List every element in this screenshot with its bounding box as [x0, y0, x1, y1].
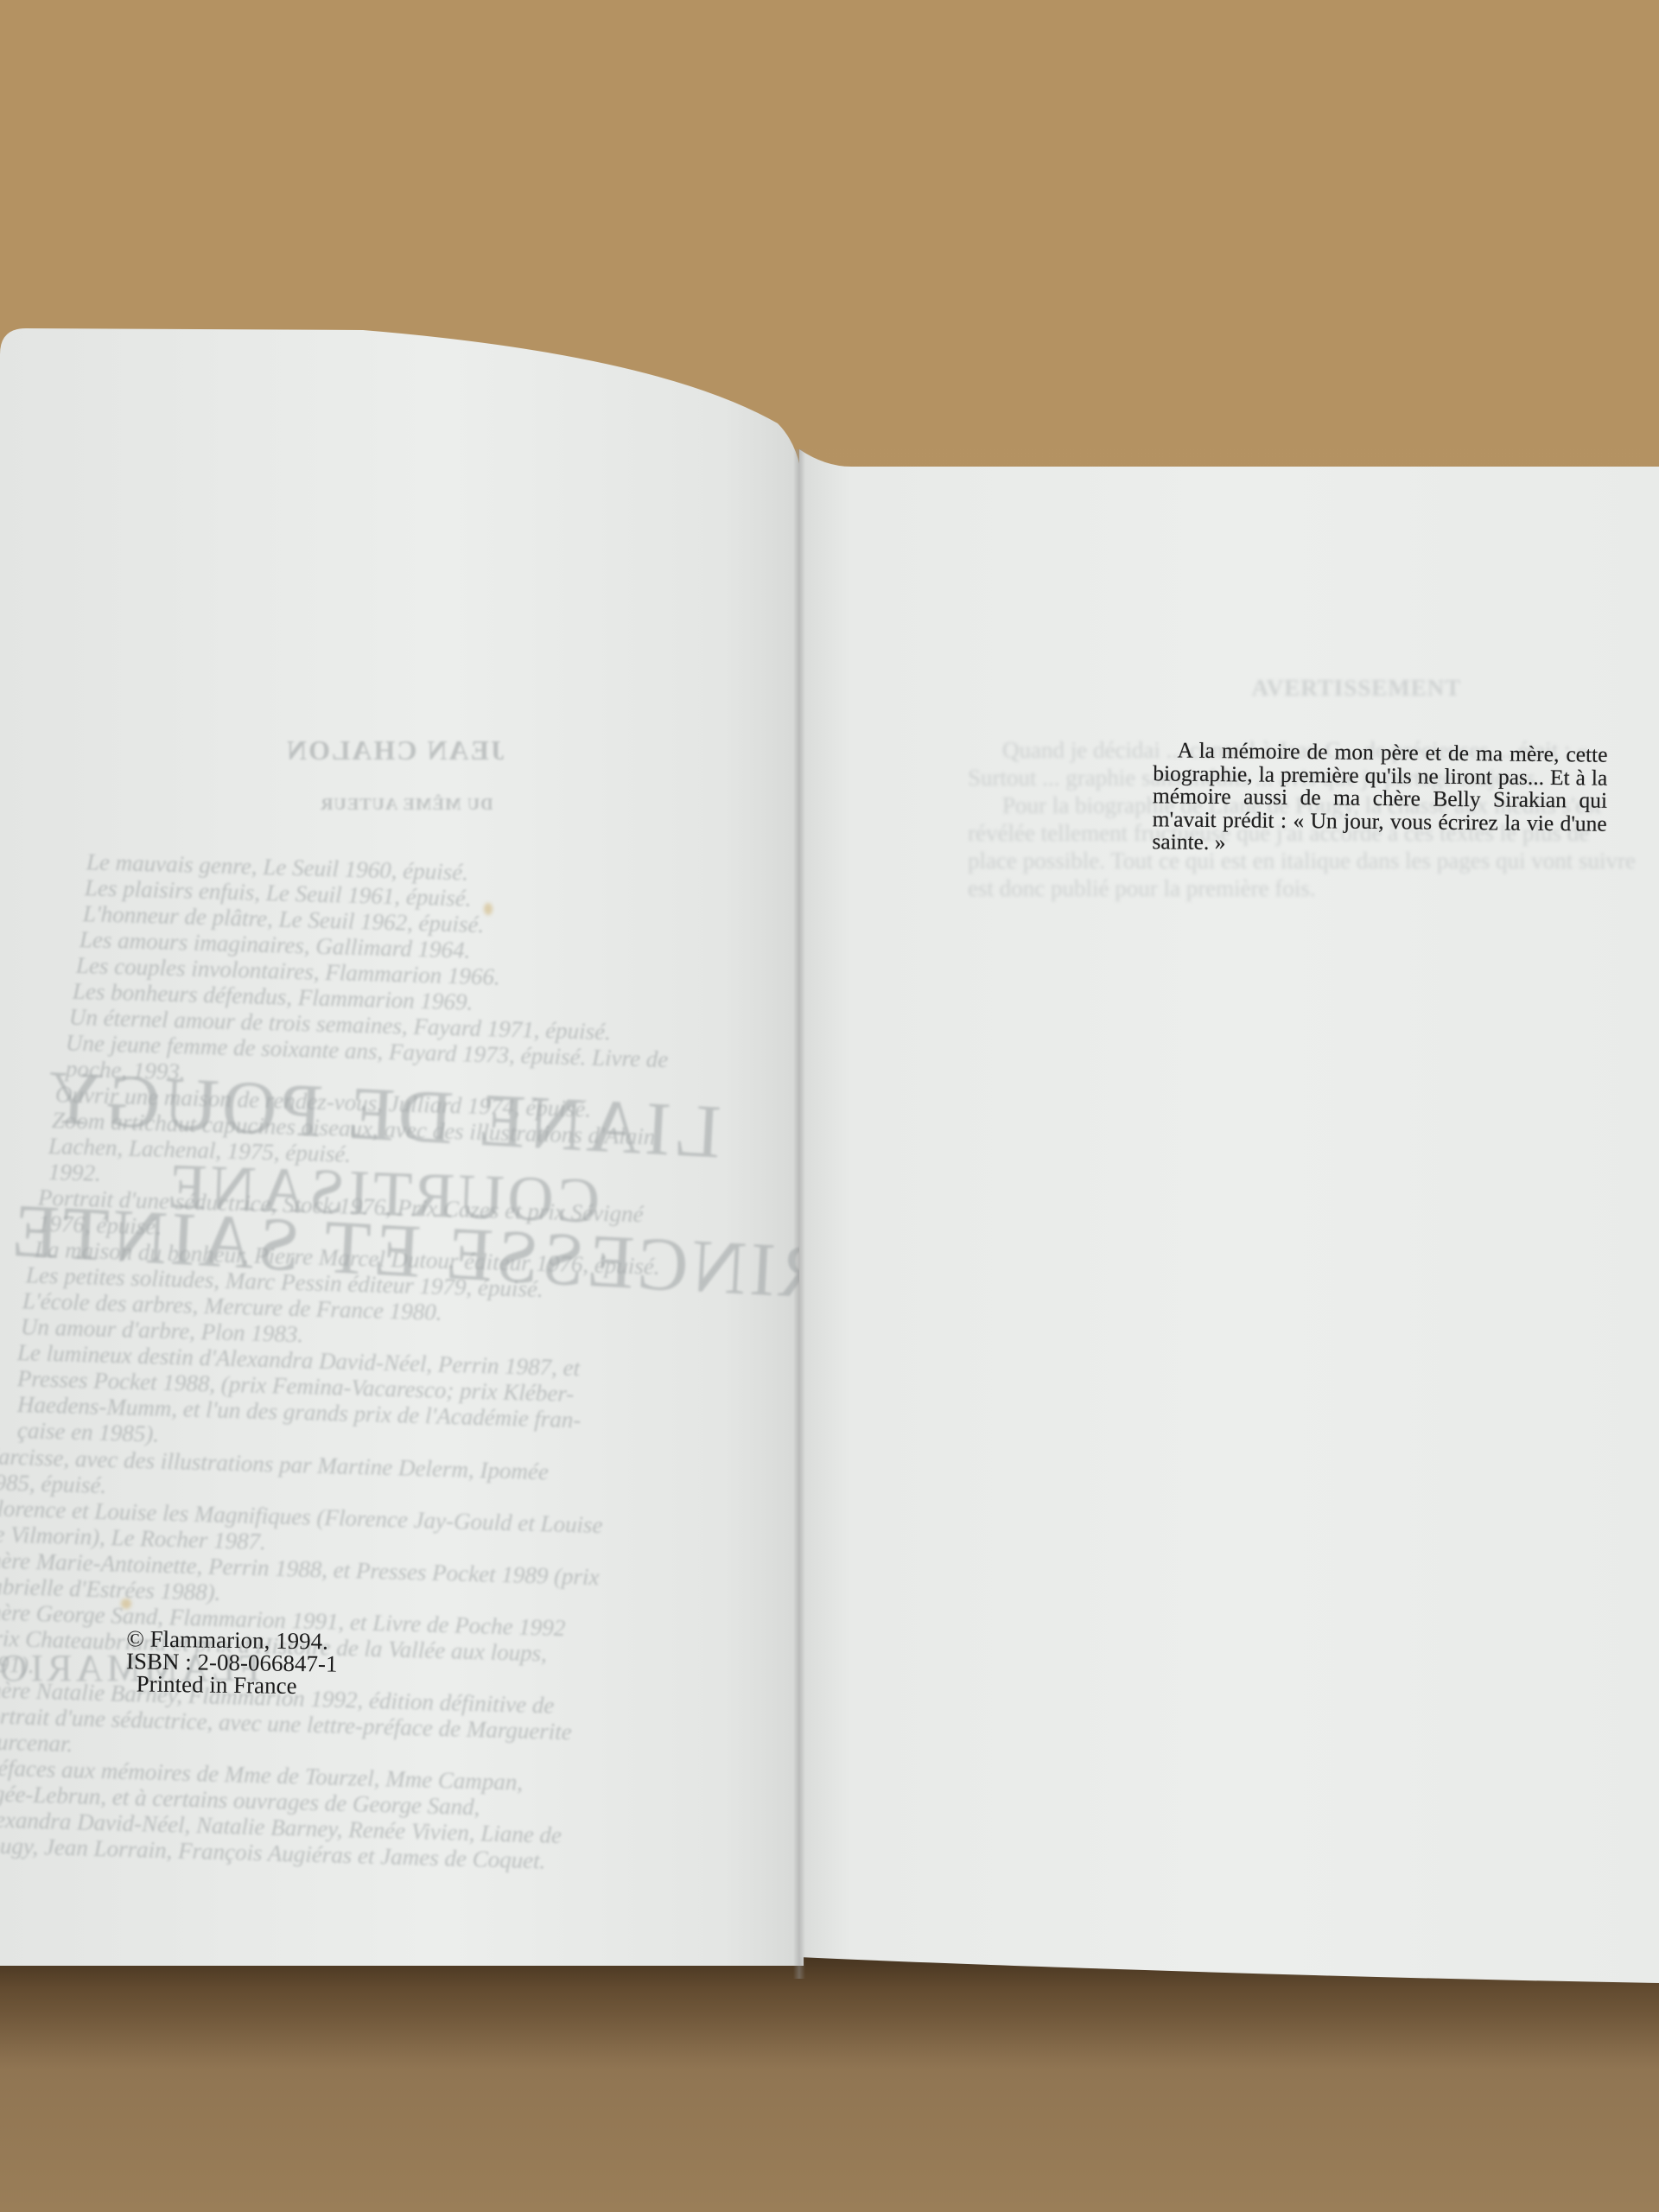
book-gutter [793, 449, 805, 1979]
dedication: A la mémoire de mon père et de ma mère, … [1152, 739, 1607, 858]
bleed-works-list: Le mauvais genre, Le Seuil 1960, épuisé.… [17, 847, 726, 1858]
bleed-author: JEAN CHALON [285, 734, 505, 766]
bleed-subtitle: DU MÊME AUTEUR [320, 795, 493, 815]
paper-stain [484, 903, 493, 915]
colophon: © Flammarion, 1994. ISBN : 2-08-066847-1… [125, 1627, 338, 1697]
left-page: JEAN CHALON DU MÊME AUTEUR Le mauvais ge… [0, 328, 804, 1966]
dedication-text: A la mémoire de mon père et de ma mère, … [1152, 739, 1607, 858]
paper-stain [121, 1599, 131, 1609]
bleed-heading: AVERTISSEMENT [968, 674, 1642, 702]
